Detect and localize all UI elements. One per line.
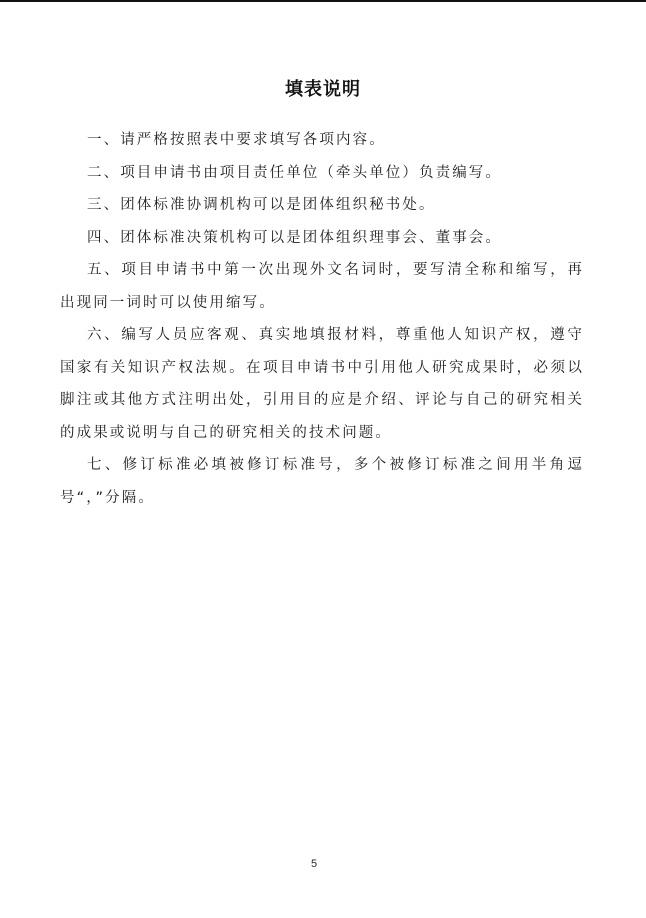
instruction-paragraph-4: 四、团体标准决策机构可以是团体组织理事会、董事会。 bbox=[60, 222, 584, 255]
instruction-paragraph-5: 五、项目申请书中第一次出现外文名词时，要写清全称和缩写，再出现同一词时可以使用缩… bbox=[60, 254, 584, 319]
document-page: 填表说明 一、请严格按照表中要求填写各项内容。 二、项目申请书由项目责任单位（牵… bbox=[0, 0, 646, 918]
instruction-paragraph-3: 三、团体标准协调机构可以是团体组织秘书处。 bbox=[60, 189, 584, 222]
instruction-paragraph-2: 二、项目申请书由项目责任单位（牵头单位）负责编写。 bbox=[60, 157, 584, 190]
instruction-paragraph-6: 六、编写人员应客观、真实地填报材料，尊重他人知识产权，遵守国家有关知识产权法规。… bbox=[60, 319, 584, 449]
instruction-paragraph-7: 七、修订标准必填被修订标准号，多个被修订标准之间用半角逗号“，”分隔。 bbox=[60, 449, 584, 514]
instructions-body: 一、请严格按照表中要求填写各项内容。 二、项目申请书由项目责任单位（牵头单位）负… bbox=[60, 124, 584, 514]
document-title: 填表说明 bbox=[0, 76, 646, 104]
instruction-paragraph-1: 一、请严格按照表中要求填写各项内容。 bbox=[60, 124, 584, 157]
page-number: 5 bbox=[0, 858, 628, 870]
